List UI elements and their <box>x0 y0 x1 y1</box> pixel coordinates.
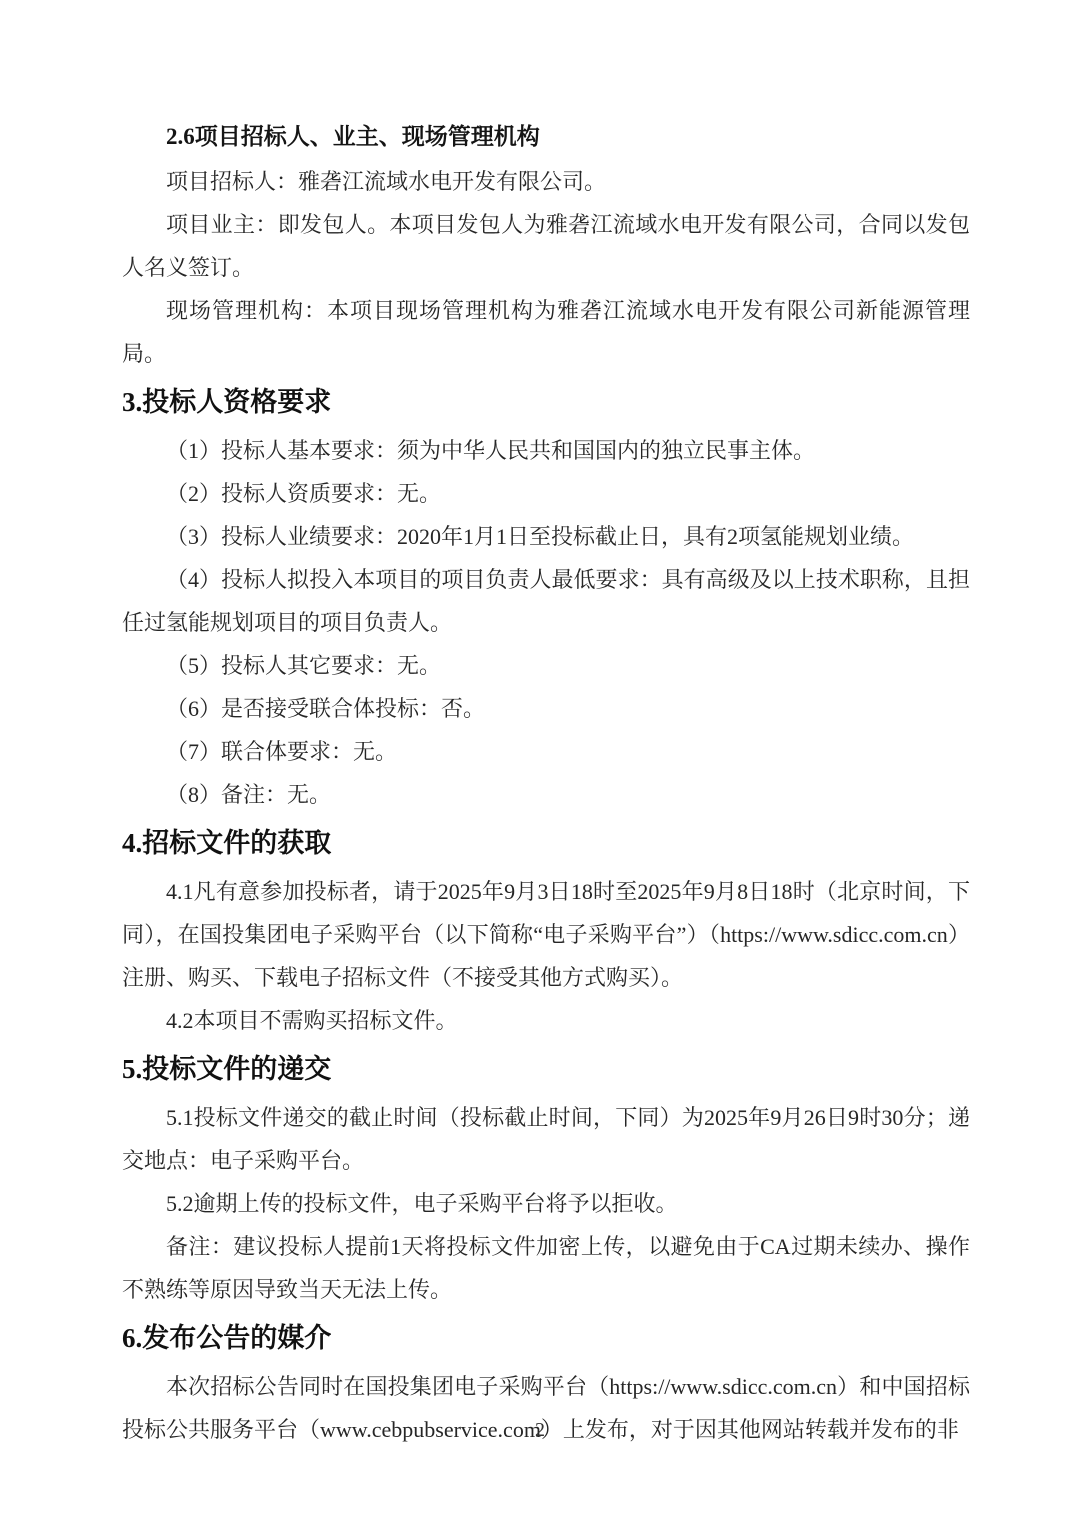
section-heading: 4.招标文件的获取 <box>122 816 970 870</box>
paragraph: 4.2本项目不需购买招标文件。 <box>122 999 970 1042</box>
paragraph: （7）联合体要求：无。 <box>122 730 970 773</box>
section-heading: 6.发布公告的媒介 <box>122 1311 970 1365</box>
paragraph: （2）投标人资质要求：无。 <box>122 472 970 515</box>
section-heading: 2.6项目招标人、业主、现场管理机构 <box>122 114 970 160</box>
paragraph: 项目招标人：雅砻江流域水电开发有限公司。 <box>122 160 970 203</box>
paragraph: 5.1投标文件递交的截止时间（投标截止时间，下同）为2025年9月26日9时30… <box>122 1096 970 1182</box>
paragraph: 4.1凡有意参加投标者，请于2025年9月3日18时至2025年9月8日18时（… <box>122 870 970 999</box>
paragraph: 5.2逾期上传的投标文件，电子采购平台将予以拒收。 <box>122 1182 970 1225</box>
paragraph: （4）投标人拟投入本项目的项目负责人最低要求：具有高级及以上技术职称，且担任过氢… <box>122 558 970 644</box>
paragraph: （3）投标人业绩要求：2020年1月1日至投标截止日，具有2项氢能规划业绩。 <box>122 515 970 558</box>
paragraph: 备注：建议投标人提前1天将投标文件加密上传，以避免由于CA过期未续办、操作不熟练… <box>122 1225 970 1311</box>
paragraph: （6）是否接受联合体投标：否。 <box>122 687 970 730</box>
paragraph: （1）投标人基本要求：须为中华人民共和国国内的独立民事主体。 <box>122 429 970 472</box>
paragraph: （5）投标人其它要求：无。 <box>122 644 970 687</box>
document-body: 2.6项目招标人、业主、现场管理机构项目招标人：雅砻江流域水电开发有限公司。项目… <box>122 114 970 1451</box>
paragraph: （8）备注：无。 <box>122 773 970 816</box>
page-number: 2 <box>0 1419 1080 1442</box>
document-page: 2.6项目招标人、业主、现场管理机构项目招标人：雅砻江流域水电开发有限公司。项目… <box>0 0 1080 1528</box>
section-heading: 3.投标人资格要求 <box>122 375 970 429</box>
section-heading: 5.投标文件的递交 <box>122 1042 970 1096</box>
paragraph: 现场管理机构：本项目现场管理机构为雅砻江流域水电开发有限公司新能源管理局。 <box>122 289 970 375</box>
paragraph: 项目业主：即发包人。本项目发包人为雅砻江流域水电开发有限公司，合同以发包人名义签… <box>122 203 970 289</box>
